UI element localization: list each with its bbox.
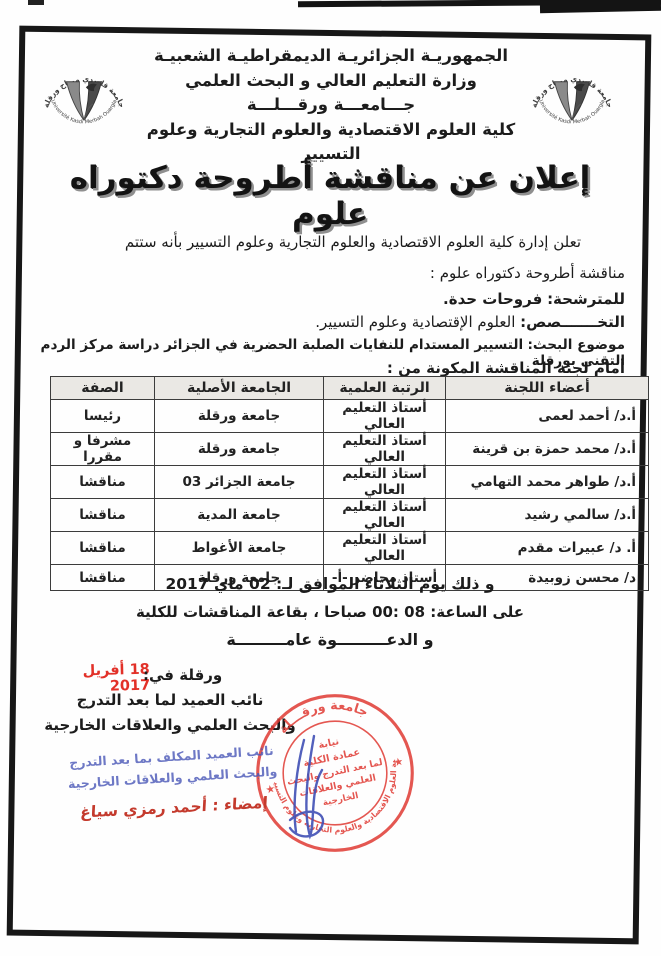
seal-star-right: ★: [392, 755, 404, 770]
table-cell: أ.د/ أحمد لعمى: [446, 400, 649, 433]
table-cell: جامعة الأغواط: [155, 532, 324, 565]
specialty-value: العلوم الإقتصادية وعلوم التسيير.: [315, 313, 515, 331]
svg-text:Université Kasdi Merbah Ouargl: Université Kasdi Merbah Ouargla: [537, 99, 606, 125]
table-cell: أ.د/ محمد حمزة بن قرينة: [446, 433, 649, 466]
time-value: 00: 08: [372, 603, 425, 621]
table-cell: أ. د/ عبيرات مقدم: [446, 532, 649, 565]
document-page: جامعة قاصدي مرباح ورقلة Université Kasdi…: [0, 0, 661, 956]
intro-line-2: مناقشة أطروحة دكتوراه علوم :: [39, 264, 625, 282]
table-cell: أستاذ التعليم العالي: [324, 433, 446, 466]
table-cell: أستاذ التعليم العالي: [324, 532, 446, 565]
specialty-line: التخـــــــصص: العلوم الإقتصادية وعلوم ا…: [39, 313, 625, 331]
topic-label: موضوع البحث:: [527, 337, 625, 353]
ministry-line: وزارة التعليم العالي و البحث العلمي: [138, 69, 524, 94]
scan-artifact-top-right: [540, 3, 661, 14]
bat-emblem-icon: [67, 82, 102, 121]
table-cell: مناقشا: [51, 499, 155, 532]
logo-latin-arc: Université Kasdi Merbah Ouargla: [49, 99, 118, 125]
candidate-label: للمترشحة:: [547, 290, 625, 308]
table-header-cell: الصفة: [51, 377, 155, 400]
committee-table: أعضاء اللجنةالرتبة العلميةالجامعة الأصلي…: [50, 376, 649, 591]
table-cell: أستاذ التعليم العالي: [324, 400, 446, 433]
table-row: أ.د/ سالمي رشيدأستاذ التعليم العاليجامعة…: [51, 499, 649, 532]
table-cell: مشرفا و مقررا: [51, 433, 155, 466]
announcement-title: إعلان عن مناقشة أطروحة دكتوراه علوم: [60, 160, 600, 232]
table-header-cell: الرتبة العلمية: [324, 377, 446, 400]
table-cell: رئيسا: [51, 400, 155, 433]
table-row: أ.د/ محمد حمزة بن قرينةأستاذ التعليم الع…: [51, 433, 649, 466]
table-header-cell: الجامعة الأصلية: [155, 377, 324, 400]
committee-intro-line: أمام لجنة المناقشة المكونة من :: [39, 359, 625, 377]
table-row: أ.د/ أحمد لعمىأستاذ التعليم العاليجامعة …: [51, 400, 649, 433]
university-logo-right: جامعة قاصدي مرباح ورقلة Université Kasdi…: [526, 56, 618, 148]
table-row: أ. د/ عبيرات مقدمأستاذ التعليم العاليجام…: [51, 532, 649, 565]
place-date-label: ورقلة في:: [143, 666, 222, 684]
defense-date-line: و ذلك يوم الثلاثاء الموافق لـ: 02 ماي 20…: [80, 575, 580, 593]
bat-emblem-icon: [555, 82, 590, 121]
table-cell: جامعة ورقلة: [155, 400, 324, 433]
time-prefix: على الساعة:: [430, 603, 524, 621]
open-invitation-line: و الدعـــــــــوة عامـــــــــة: [80, 630, 580, 649]
table-cell: جامعة ورقلة: [155, 433, 324, 466]
svg-text:Université Kasdi Merbah Ouargl: Université Kasdi Merbah Ouargla: [49, 99, 118, 125]
table-cell: أستاذ التعليم العالي: [324, 466, 446, 499]
candidate-line: للمترشحة: فروحات حدة.: [39, 290, 625, 308]
handwritten-signature: [252, 728, 372, 848]
defense-time-line: على الساعة: 00: 08 صباحا ، بقاعة المناقش…: [80, 603, 580, 621]
official-header: الجمهوريـة الجزائريـة الديمقراطيـة الشعب…: [138, 44, 524, 167]
logo-latin-arc: Université Kasdi Merbah Ouargla: [537, 99, 606, 125]
intro-line-1: تعلن إدارة كلية العلوم الاقتصادية والعلو…: [0, 233, 625, 251]
table-cell: أ.د/ سالمي رشيد: [446, 499, 649, 532]
table-cell: أستاذ التعليم العالي: [324, 499, 446, 532]
table-cell: جامعة المدية: [155, 499, 324, 532]
university-logo-left: جامعة قاصدي مرباح ورقلة Université Kasdi…: [38, 56, 130, 148]
scan-artifact-top-left: [28, 0, 44, 5]
table-header-cell: أعضاء اللجنة: [446, 377, 649, 400]
time-suffix: صباحا ، بقاعة المناقشات للكلية: [136, 603, 367, 621]
university-line: جـــامعـــة ورقـــلـــة: [138, 93, 524, 118]
table-cell: أ.د/ طواهر محمد التهامي: [446, 466, 649, 499]
table-cell: جامعة الجزائر 03: [155, 466, 324, 499]
table-cell: مناقشا: [51, 532, 155, 565]
table-row: أ.د/ طواهر محمد التهاميأستاذ التعليم الع…: [51, 466, 649, 499]
specialty-label: التخـــــــصص:: [520, 313, 625, 331]
table-cell: مناقشا: [51, 466, 155, 499]
table-header-row: أعضاء اللجنةالرتبة العلميةالجامعة الأصلي…: [51, 377, 649, 400]
republic-line: الجمهوريـة الجزائريـة الديمقراطيـة الشعب…: [138, 44, 524, 69]
candidate-name: فروحات حدة.: [443, 290, 542, 308]
